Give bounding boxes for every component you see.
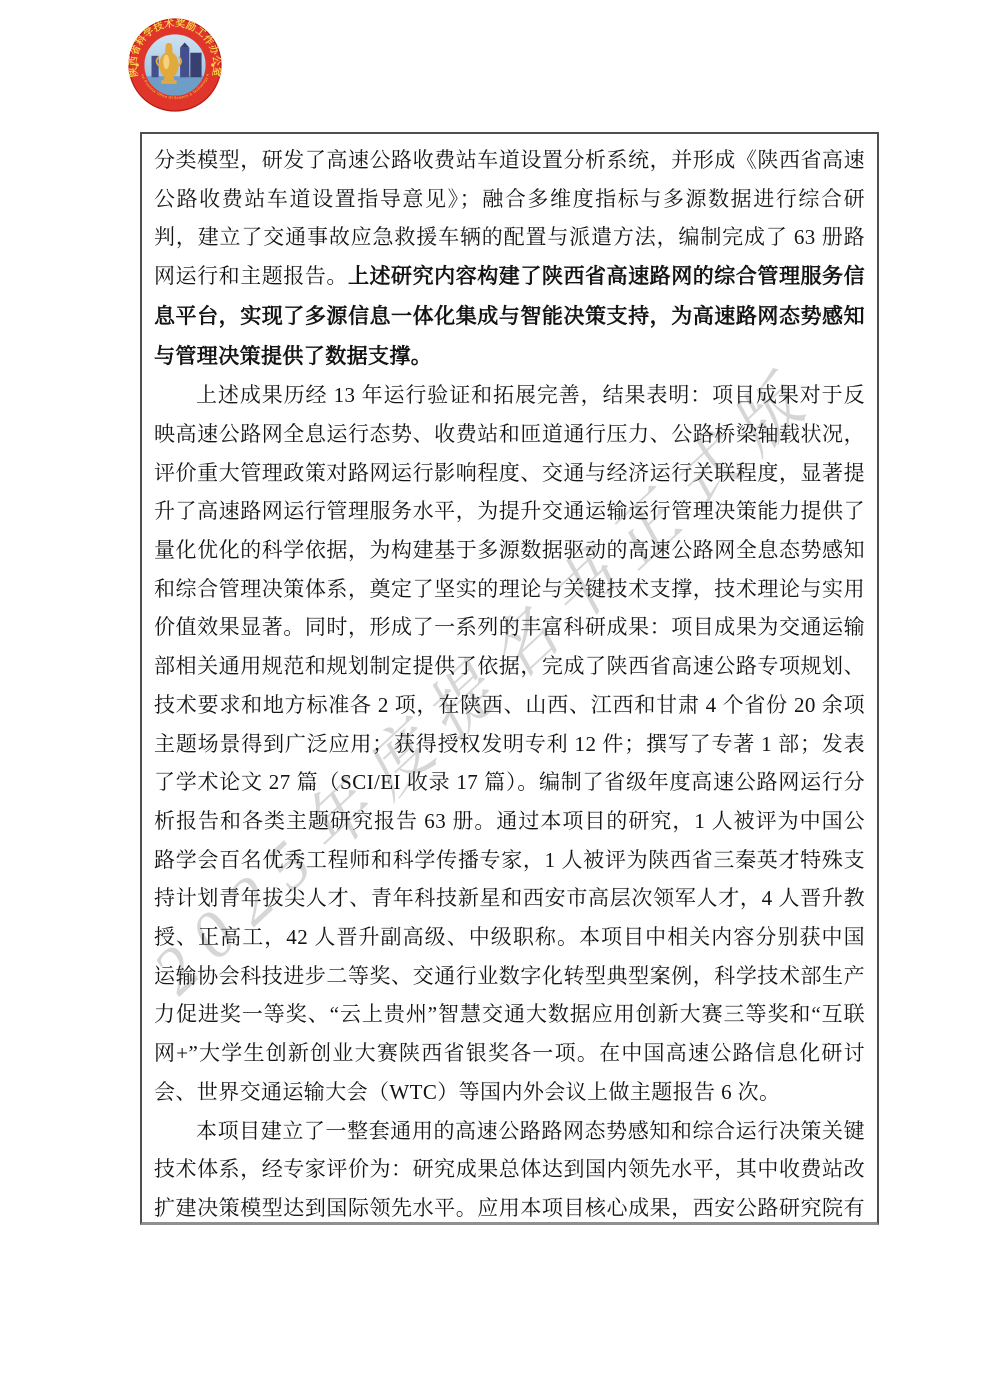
paragraph: 分类模型，研发了高速公路收费站车道设置分析系统，并形成《陕西省高速公路收费站车道…	[154, 141, 865, 376]
content-cell: 分类模型，研发了高速公路收费站车道设置分析系统，并形成《陕西省高速公路收费站车道…	[140, 132, 879, 1225]
seal-right-dot	[211, 63, 214, 66]
paragraph: 本项目建立了一整套通用的高速公路路网态势感知和综合运行决策关键技术体系，经专家评…	[154, 1112, 865, 1222]
seal-left-dot	[136, 63, 139, 66]
award-office-seal-logo: 陕西省科学技术奖励工作办公室 Shaanxi Province Office O…	[128, 17, 222, 113]
seal-center-photo	[144, 34, 205, 95]
text-run: 本项目建立了一整套通用的高速公路路网态势感知和综合运行决策关键技术体系，经专家评…	[154, 1119, 865, 1222]
document-page: 陕西省科学技术奖励工作办公室 Shaanxi Province Office O…	[0, 0, 990, 1399]
paragraph: 上述成果历经 13 年运行验证和拓展完善，结果表明：项目成果对于反映高速公路网全…	[154, 376, 865, 1111]
text-run: 上述成果历经 13 年运行验证和拓展完善，结果表明：项目成果对于反映高速公路网全…	[154, 383, 865, 1104]
document-body: 分类模型，研发了高速公路收费站车道设置分析系统，并形成《陕西省高速公路收费站车道…	[154, 141, 865, 1222]
